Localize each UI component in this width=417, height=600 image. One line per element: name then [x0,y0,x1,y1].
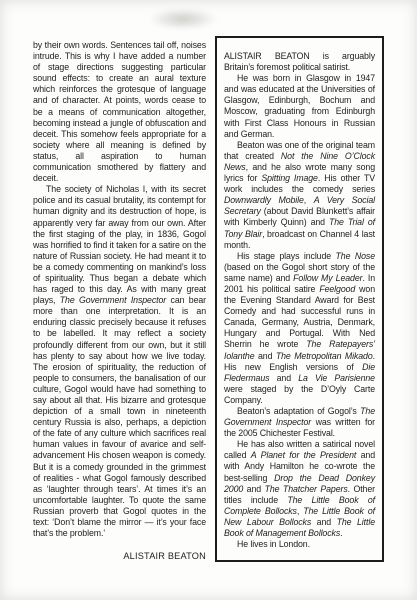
essay-paragraph: by their own words. Sentences tail off, … [33,40,206,184]
author-signature: ALISTAIR BEATON [33,551,206,561]
bio-paragraph: ALISTAIR BEATON is arguably Britain’s fo… [224,51,375,73]
essay-paragraph: The society of Nicholas I, with its secr… [33,184,206,539]
scan-smudge-artifact [148,8,218,30]
scanned-programme-page: by their own words. Sentences tail off, … [0,0,417,600]
bio-paragraph: He has also written a satirical novel ca… [224,439,375,539]
bio-paragraph: Beaton’s adaptation of Gogol’s The Gover… [224,406,375,439]
bio-paragraph: Beaton was one of the original team that… [224,140,375,251]
bio-paragraph: He lives in London. [224,539,375,550]
author-bio-box: ALISTAIR BEATON is arguably Britain’s fo… [215,36,384,562]
essay-column: by their own words. Sentences tail off, … [33,40,206,561]
bio-paragraph: His stage plays include The Nose (based … [224,251,375,406]
bio-paragraph: He was born in Glasgow in 1947 and was e… [224,73,375,140]
